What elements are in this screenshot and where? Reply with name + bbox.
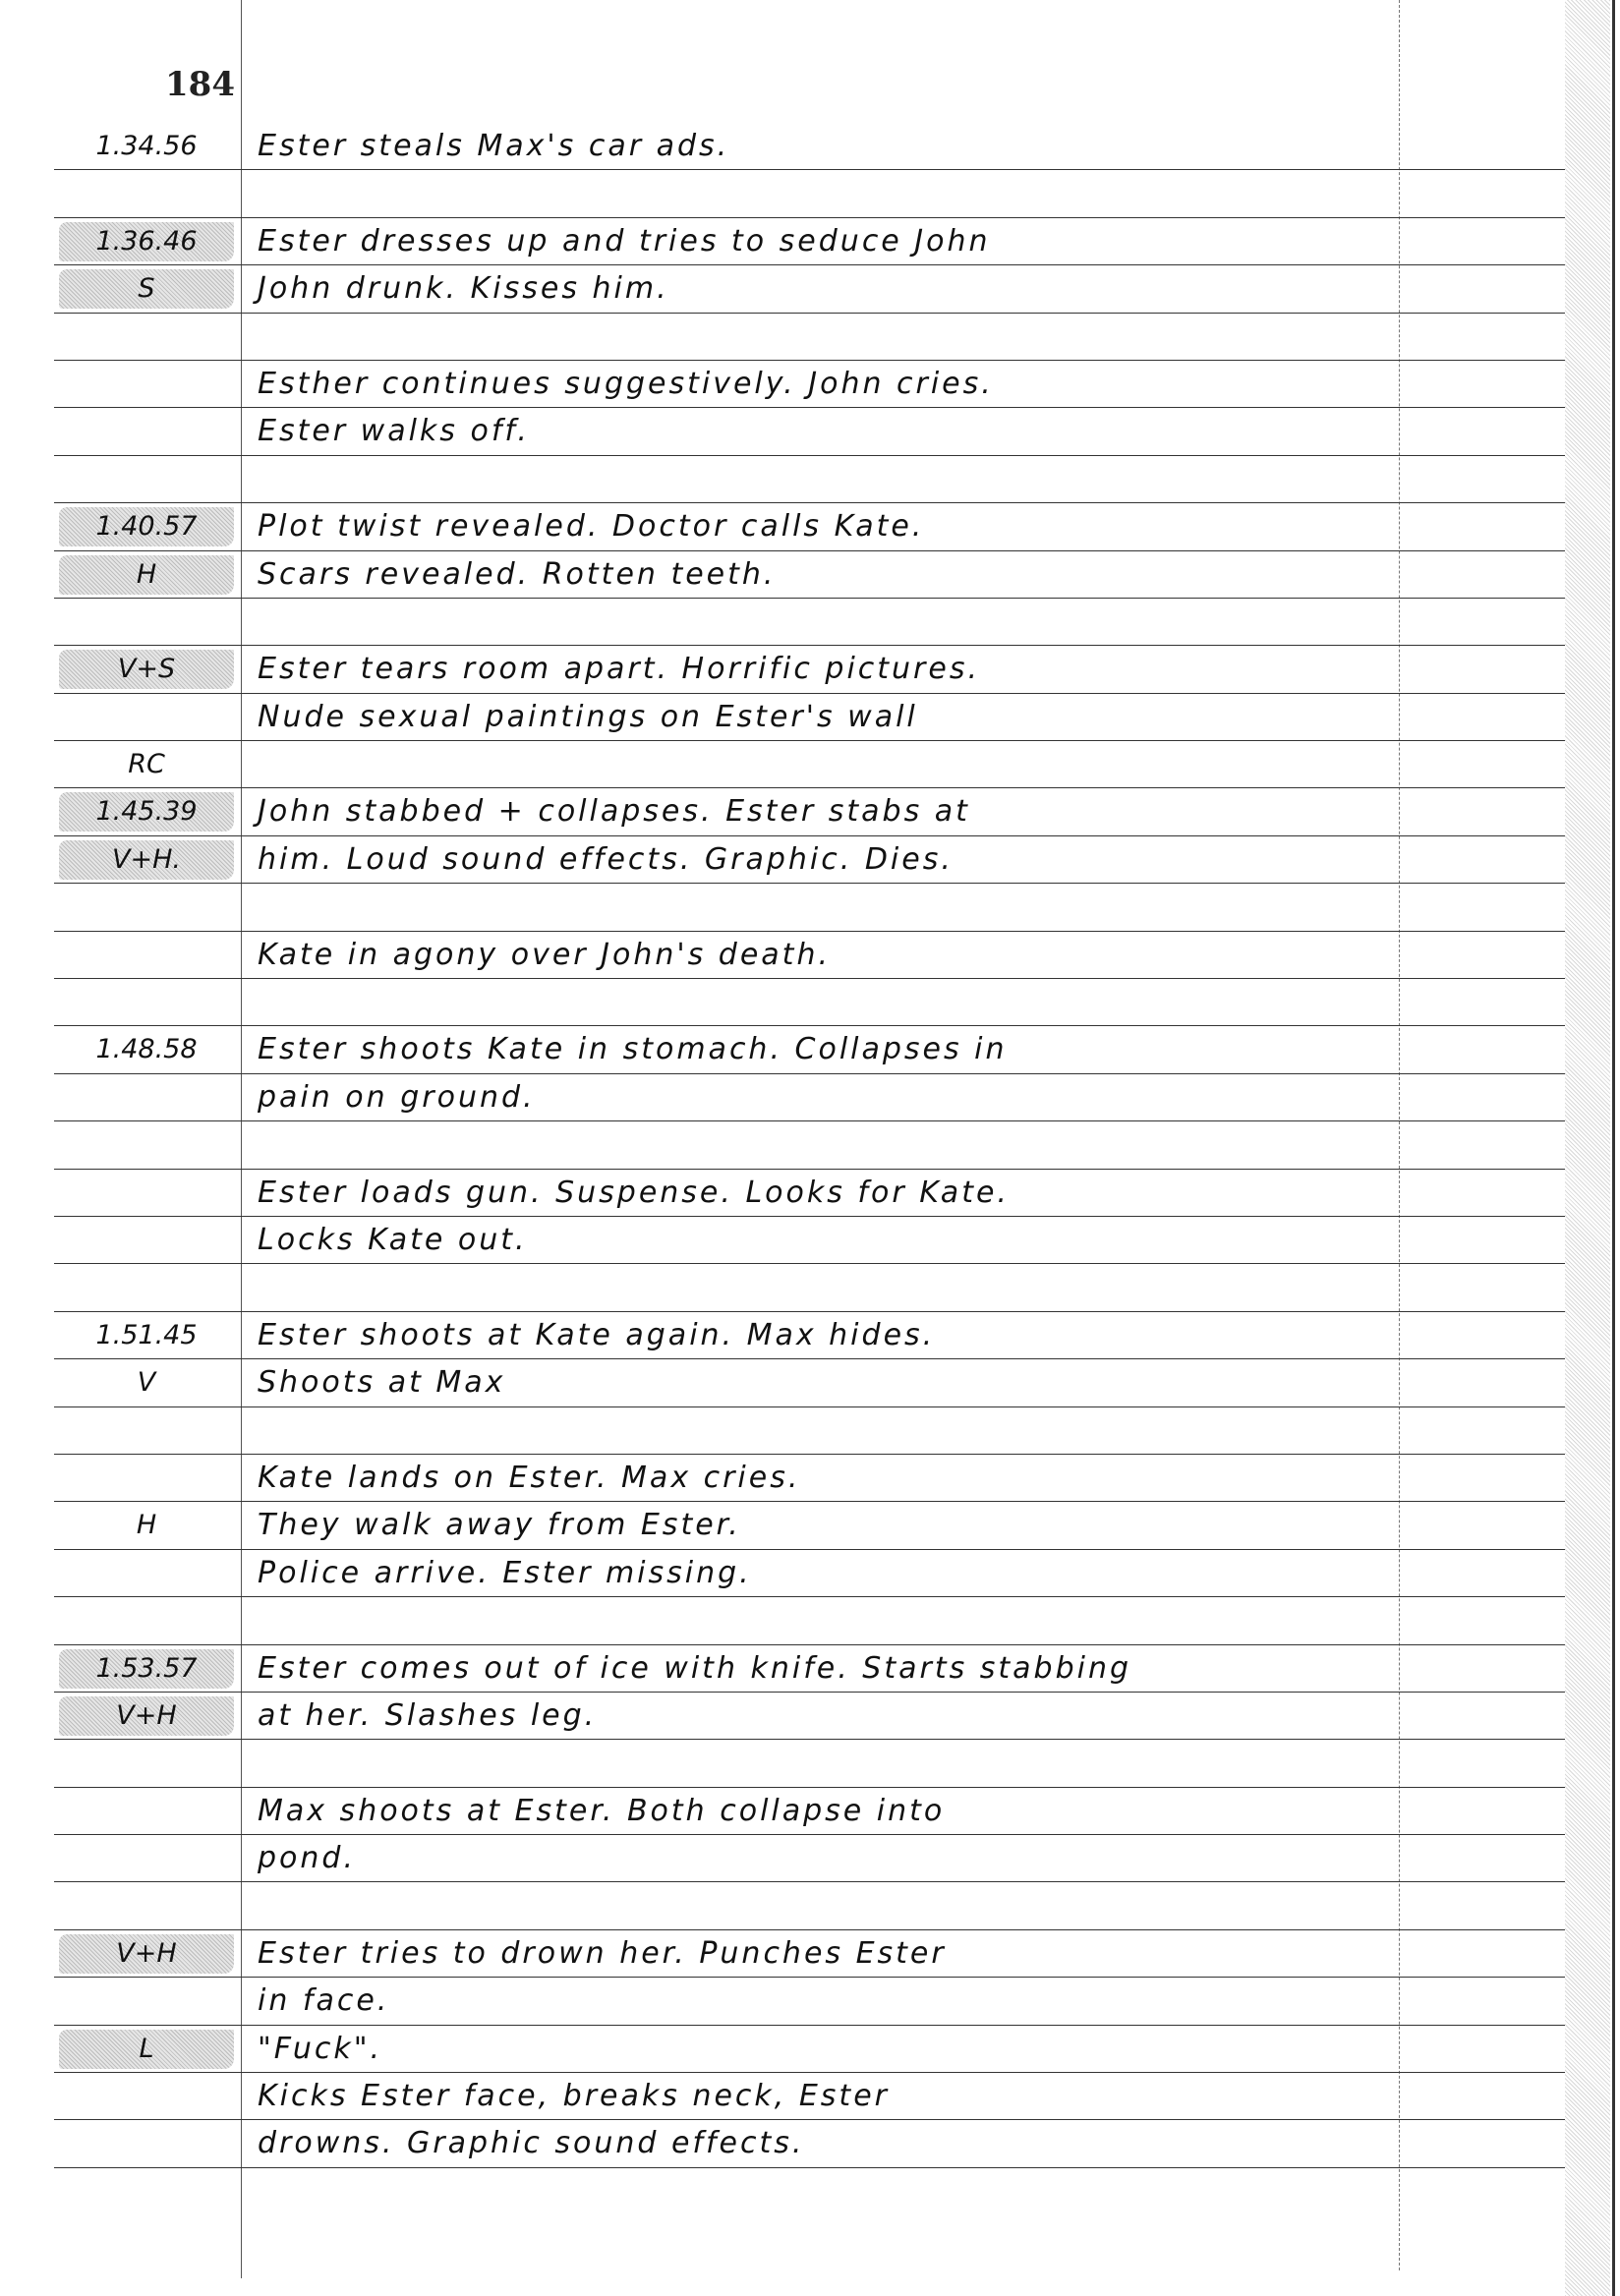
log-row: drowns. Graphic sound effects. — [0, 2120, 1620, 2167]
log-entry-text — [258, 1599, 1388, 1642]
log-row — [0, 884, 1620, 931]
log-entry-text: pain on ground. — [258, 1076, 1388, 1119]
log-row: RC — [0, 741, 1620, 788]
margin-cell — [59, 1411, 234, 1451]
log-row: Police arrive. Ester missing. — [0, 1550, 1620, 1597]
log-row: pond. — [0, 1835, 1620, 1882]
rating-code: V+H — [59, 1934, 234, 1974]
log-entry-text: Ester tears room apart. Horrific picture… — [258, 648, 1388, 691]
margin-cell — [59, 1886, 234, 1925]
log-row: in face. — [0, 1978, 1620, 2025]
log-row — [0, 1740, 1620, 1787]
margin-cell — [59, 460, 234, 499]
log-row — [0, 1407, 1620, 1455]
log-row: 1.40.57Plot twist revealed. Doctor calls… — [0, 503, 1620, 550]
log-entry-text: Nude sexual paintings on Ester's wall — [258, 696, 1388, 739]
page-number: 184 — [165, 65, 234, 104]
log-entry-text: Ester walks off. — [258, 410, 1388, 453]
log-entry-text — [258, 743, 1388, 786]
log-row: 1.48.58Ester shoots Kate in stomach. Col… — [0, 1026, 1620, 1073]
log-entry-text: pond. — [258, 1837, 1388, 1880]
log-entry-text: Kate in agony over John's death. — [258, 934, 1388, 977]
log-page: 184 1.34.56Ester steals Max's car ads.1.… — [0, 0, 1620, 2296]
log-entry-text: him. Loud sound effects. Graphic. Dies. — [258, 838, 1388, 882]
log-entry-text: John drunk. Kisses him. — [258, 267, 1388, 311]
rating-code: L — [59, 2030, 234, 2069]
log-row: L"Fuck". — [0, 2026, 1620, 2073]
timecode: 1.34.56 — [59, 127, 234, 166]
margin-cell — [59, 1554, 234, 1593]
log-entry-text: They walk away from Ester. — [258, 1504, 1388, 1547]
ruled-rows: 1.34.56Ester steals Max's car ads.1.36.4… — [0, 123, 1620, 2168]
log-entry-text — [258, 172, 1388, 215]
margin-cell — [59, 1078, 234, 1118]
log-row: pain on ground. — [0, 1074, 1620, 1121]
rating-code: V+H — [59, 1696, 234, 1736]
timecode: 1.45.39 — [59, 792, 234, 832]
rating-code: V — [59, 1363, 234, 1403]
log-entry-text: Esther continues suggestively. John crie… — [258, 363, 1388, 406]
log-entry-text: Ester shoots at Kate again. Max hides. — [258, 1314, 1388, 1357]
timecode: 1.51.45 — [59, 1316, 234, 1355]
log-row — [0, 1264, 1620, 1311]
log-row: Kate in agony over John's death. — [0, 932, 1620, 979]
log-row: V+Hat her. Slashes leg. — [0, 1693, 1620, 1740]
log-entry-text — [258, 1742, 1388, 1785]
margin-cell — [59, 1174, 234, 1213]
log-row — [0, 1597, 1620, 1644]
log-entry-text: "Fuck". — [258, 2028, 1388, 2071]
margin-cell — [59, 1459, 234, 1498]
log-entry-text — [258, 1123, 1388, 1167]
margin-cell — [59, 365, 234, 404]
log-row: V+H.him. Loud sound effects. Graphic. Di… — [0, 836, 1620, 884]
log-entry-text — [258, 1884, 1388, 1927]
log-row: Ester walks off. — [0, 408, 1620, 455]
log-row: Locks Kate out. — [0, 1217, 1620, 1264]
log-entry-text: Ester shoots Kate in stomach. Collapses … — [258, 1028, 1388, 1071]
timecode: 1.40.57 — [59, 507, 234, 546]
margin-cell — [59, 412, 234, 451]
log-row: Ester loads gun. Suspense. Looks for Kat… — [0, 1170, 1620, 1217]
log-row — [0, 599, 1620, 646]
margin-cell — [59, 1839, 234, 1878]
log-entry-text: Kicks Ester face, breaks neck, Ester — [258, 2075, 1388, 2118]
rating-code: S — [59, 269, 234, 309]
rating-code: RC — [59, 745, 234, 784]
rating-code: H — [59, 555, 234, 595]
log-entry-text: in face. — [258, 1980, 1388, 2023]
log-entry-text: drowns. Graphic sound effects. — [258, 2122, 1388, 2165]
log-row — [0, 314, 1620, 361]
log-entry-text — [258, 1409, 1388, 1453]
log-row: HThey walk away from Ester. — [0, 1502, 1620, 1549]
rating-code: V+H. — [59, 840, 234, 880]
margin-cell — [59, 983, 234, 1022]
log-entry-text: Plot twist revealed. Doctor calls Kate. — [258, 505, 1388, 548]
log-row: VShoots at Max — [0, 1359, 1620, 1406]
log-entry-text: at her. Slashes leg. — [258, 1694, 1388, 1738]
log-row: V+HEster tries to drown her. Punches Est… — [0, 1930, 1620, 1978]
margin-cell — [59, 1221, 234, 1260]
rating-code: V+S — [59, 650, 234, 689]
log-entry-text: Ester comes out of ice with knife. Start… — [258, 1647, 1388, 1691]
log-entry-text: Shoots at Max — [258, 1361, 1388, 1405]
timecode: 1.36.46 — [59, 222, 234, 261]
rating-code: H — [59, 1506, 234, 1545]
log-entry-text: Ester loads gun. Suspense. Looks for Kat… — [258, 1172, 1388, 1215]
log-row: 1.45.39John stabbed + collapses. Ester s… — [0, 788, 1620, 835]
log-row: SJohn drunk. Kisses him. — [0, 265, 1620, 313]
margin-cell — [59, 1981, 234, 2021]
log-row: 1.53.57Ester comes out of ice with knife… — [0, 1645, 1620, 1693]
log-entry-text — [258, 601, 1388, 644]
margin-cell — [59, 1601, 234, 1640]
log-entry-text — [258, 981, 1388, 1024]
log-row: Kicks Ester face, breaks neck, Ester — [0, 2073, 1620, 2120]
log-entry-text: Police arrive. Ester missing. — [258, 1552, 1388, 1595]
log-row: Esther continues suggestively. John crie… — [0, 361, 1620, 408]
log-row: 1.36.46Ester dresses up and tries to sed… — [0, 218, 1620, 265]
log-row: Nude sexual paintings on Ester's wall — [0, 694, 1620, 741]
margin-cell — [59, 317, 234, 357]
log-entry-text — [258, 458, 1388, 501]
log-entry-text — [258, 316, 1388, 359]
log-entry-text: Max shoots at Ester. Both collapse into — [258, 1790, 1388, 1833]
log-entry-text: Scars revealed. Rotten teeth. — [258, 553, 1388, 597]
margin-cell — [59, 2077, 234, 2116]
margin-cell — [59, 1792, 234, 1831]
log-row: 1.34.56Ester steals Max's car ads. — [0, 123, 1620, 170]
log-row: 1.51.45Ester shoots at Kate again. Max h… — [0, 1312, 1620, 1359]
log-row — [0, 1882, 1620, 1929]
margin-cell — [59, 603, 234, 642]
log-entry-text — [258, 886, 1388, 929]
log-row: V+SEster tears room apart. Horrific pict… — [0, 646, 1620, 693]
log-row: Kate lands on Ester. Max cries. — [0, 1455, 1620, 1502]
log-entry-text: John stabbed + collapses. Ester stabs at — [258, 790, 1388, 833]
log-row — [0, 1121, 1620, 1169]
log-entry-text: Locks Kate out. — [258, 1219, 1388, 1262]
margin-cell — [59, 888, 234, 927]
margin-cell — [59, 1268, 234, 1307]
log-row: Max shoots at Ester. Both collapse into — [0, 1788, 1620, 1835]
log-entry-text: Kate lands on Ester. Max cries. — [258, 1457, 1388, 1500]
margin-cell — [59, 1125, 234, 1165]
margin-cell — [59, 698, 234, 737]
margin-cell — [59, 936, 234, 975]
timecode: 1.53.57 — [59, 1649, 234, 1689]
margin-cell — [59, 2124, 234, 2163]
log-row: HScars revealed. Rotten teeth. — [0, 551, 1620, 599]
margin-cell — [59, 174, 234, 213]
log-row — [0, 170, 1620, 217]
log-entry-text: Ester tries to drown her. Punches Ester — [258, 1932, 1388, 1976]
log-row — [0, 456, 1620, 503]
margin-cell — [59, 1744, 234, 1783]
log-entry-text — [258, 1266, 1388, 1309]
log-row — [0, 979, 1620, 1026]
log-entry-text: Ester steals Max's car ads. — [258, 125, 1388, 168]
log-entry-text: Ester dresses up and tries to seduce Joh… — [258, 220, 1388, 263]
timecode: 1.48.58 — [59, 1030, 234, 1069]
